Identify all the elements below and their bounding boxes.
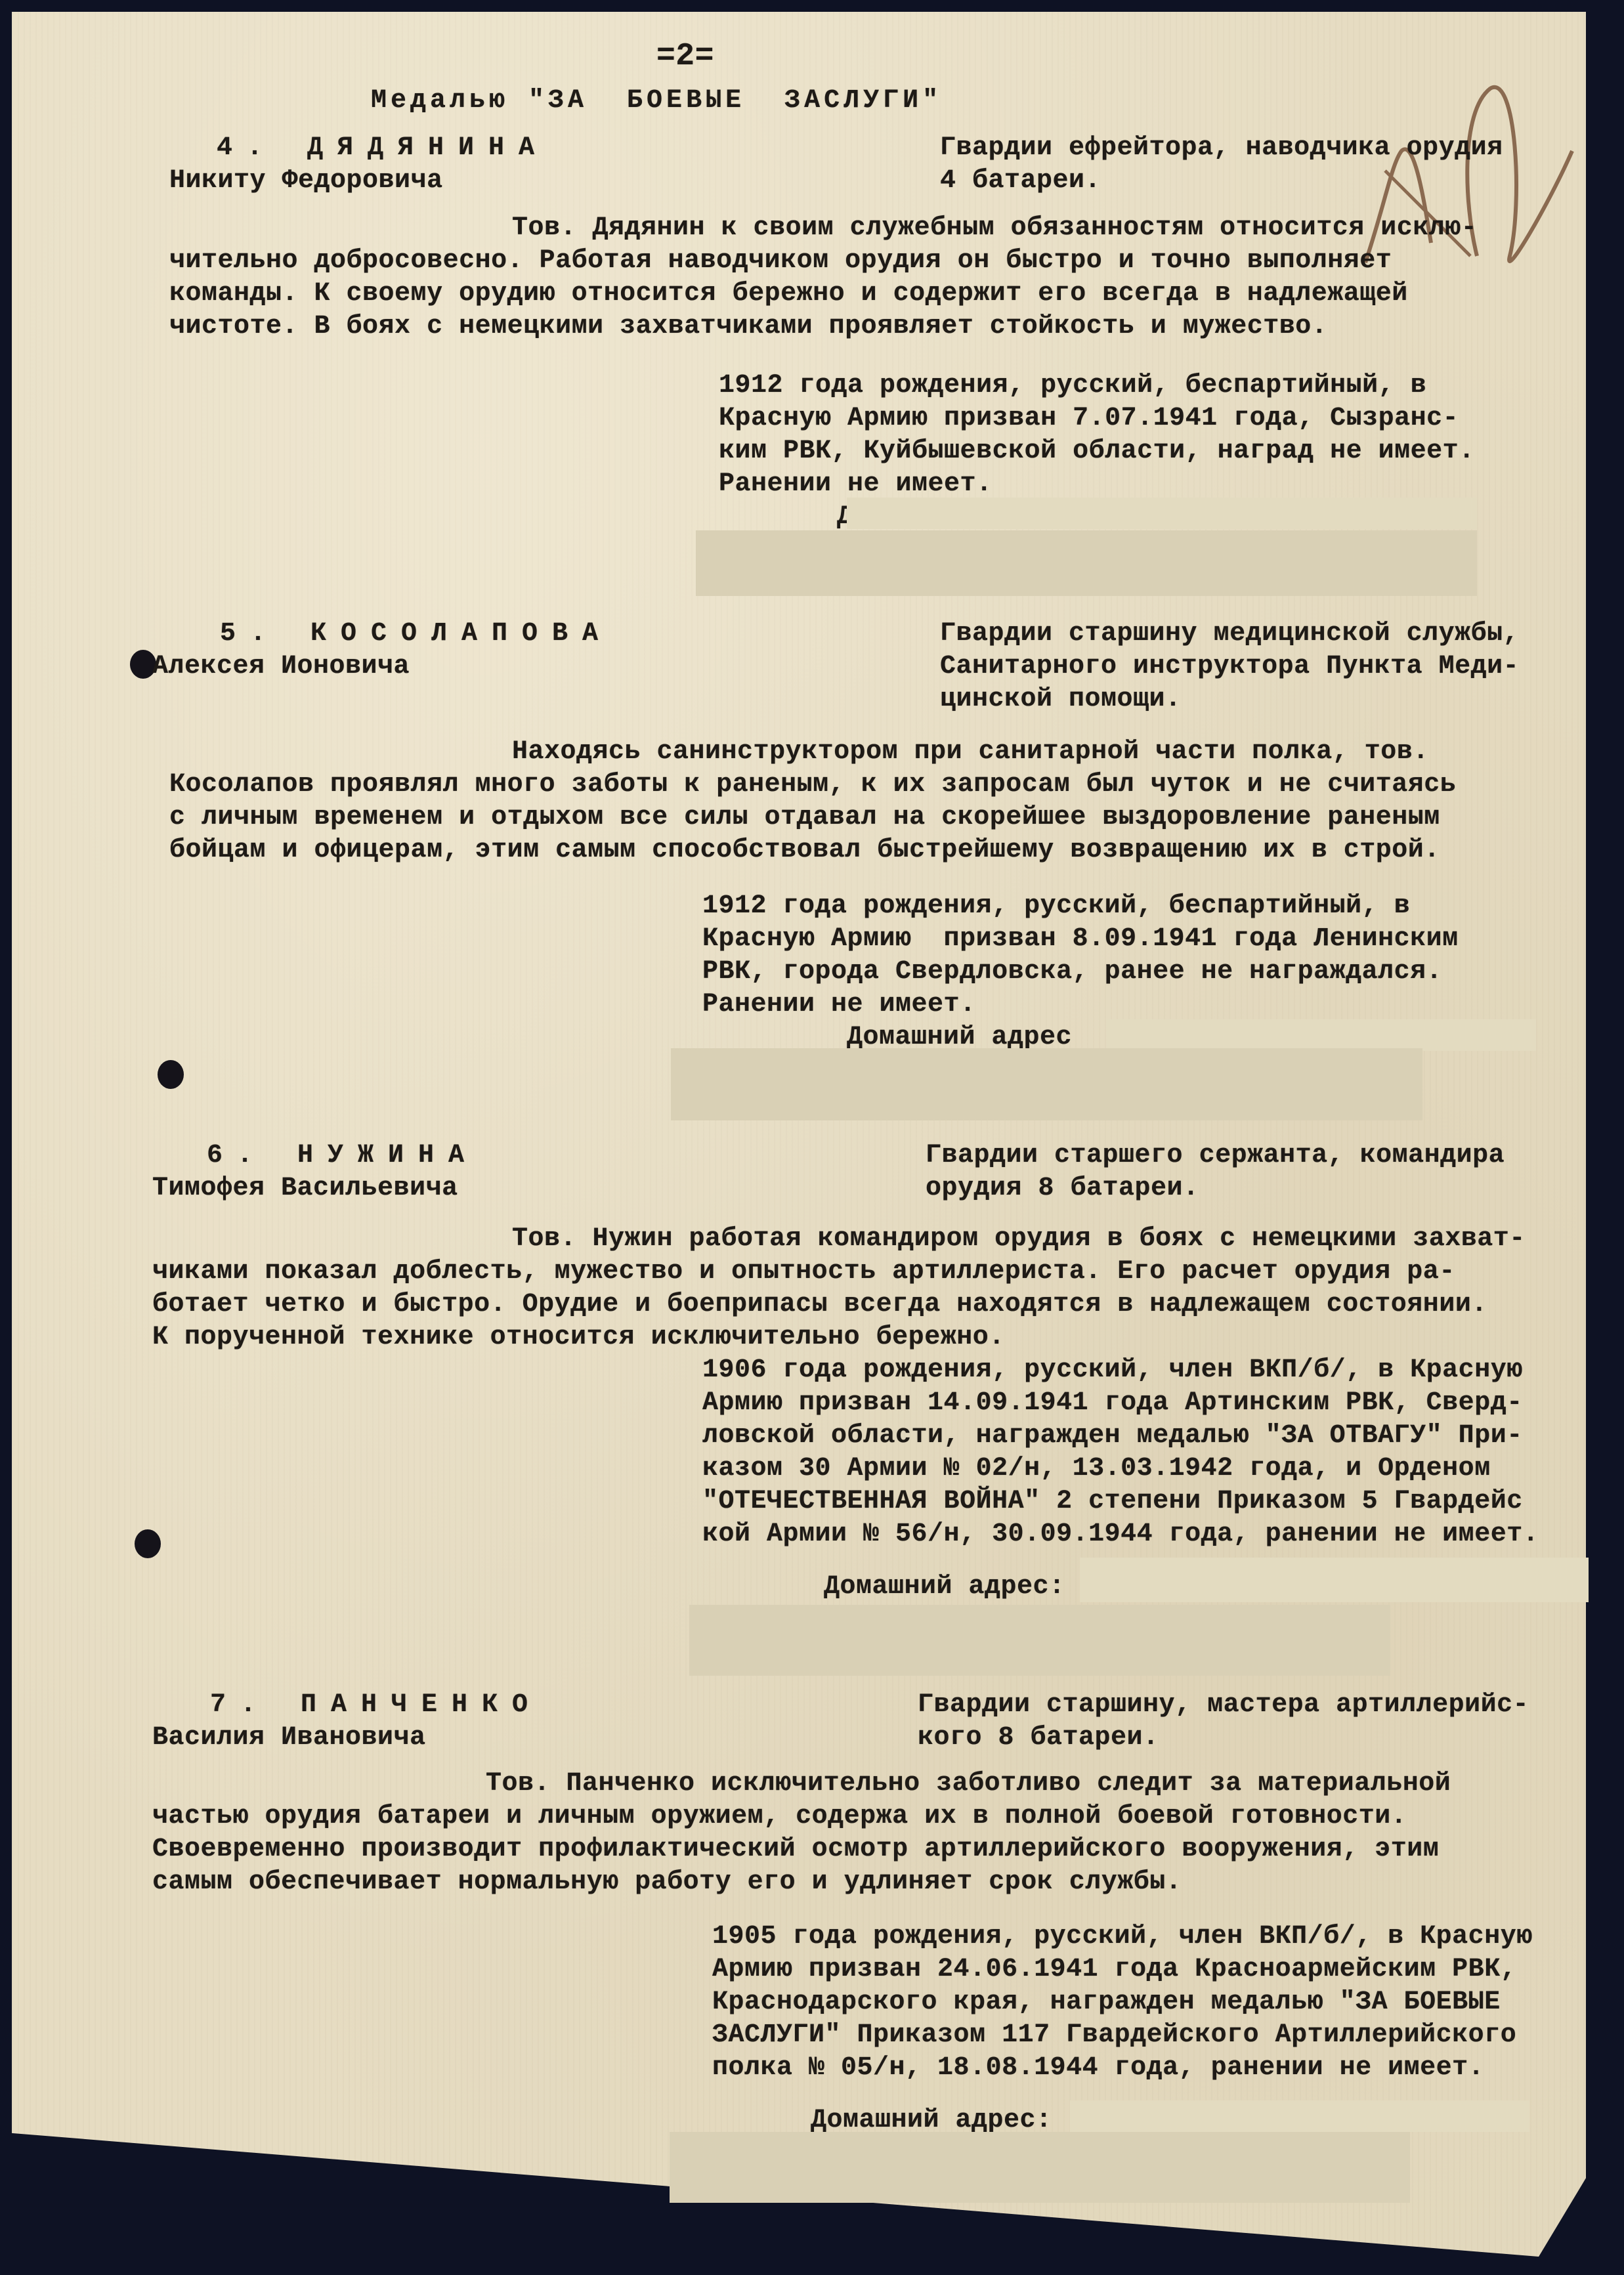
entry-narrative: чительно добросовесно. Работая наводчико… (169, 244, 1392, 278)
entry-narrative: Косолапов проявлял много заботы к ранены… (169, 768, 1456, 802)
entry-narrative: Своевременно производит профилактический… (152, 1833, 1439, 1867)
entry-given-names: Алексея Ионовича (152, 650, 410, 684)
entry-bio: Ранении не имеет. (702, 988, 976, 1022)
entry-bio: Ранении не имеет. (719, 467, 993, 501)
entry-narrative: чистоте. В боях с немецкими захватчиками… (169, 310, 1327, 344)
entry-rank: кого 8 батареи. (918, 1721, 1159, 1755)
entry-narrative: с личным временем и отдыхом все силы отд… (169, 801, 1440, 835)
entry-bio: Красную Армию призван 8.09.1941 года Лен… (702, 922, 1459, 956)
entry-narrative: самым обеспечивает нормальную работу его… (152, 1865, 1182, 1900)
entry-bio: Краснодарского края, награжден медалью "… (712, 1986, 1501, 2020)
entry-bio: 1912 года рождения, русский, беспартийны… (719, 369, 1426, 403)
entry-bio: ЗАСЛУГИ" Приказом 117 Гвардейского Артил… (712, 2018, 1516, 2052)
entry-bio: Красную Армию призван 7.07.1941 года, Сы… (719, 402, 1459, 436)
entry-rank: Гвардии ефрейтора, наводчика орудия (940, 131, 1503, 165)
entry-bio: 1912 года рождения, русский, беспартийны… (702, 889, 1410, 924)
entry-narrative: частью орудия батареи и личным оружием, … (152, 1800, 1407, 1834)
entry-narrative: чиками показал доблесть, мужество и опыт… (152, 1255, 1455, 1289)
ink-stain (135, 1529, 161, 1558)
entry-surname: 4. ДЯДЯНИНА (217, 131, 549, 165)
entry-rank: 4 батареи. (940, 164, 1101, 198)
entry-bio: полка № 05/н, 18.08.1944 года, ранении н… (712, 2051, 1484, 2085)
entry-narrative: Тов. Нужин работая командиром орудия в б… (512, 1222, 1526, 1256)
entry-bio: ловской области, награжден медалью "ЗА О… (702, 1419, 1523, 1453)
entry-surname: 7. ПАНЧЕНКО (210, 1688, 542, 1722)
redacted-address (847, 498, 1477, 529)
entry-bio: РВК, города Свердловска, ранее не награж… (702, 955, 1442, 989)
entry-rank: цинской помощи. (940, 683, 1182, 717)
entry-bio: 1905 года рождения, русский, член ВКП/б/… (712, 1920, 1533, 1954)
ink-stain (158, 1060, 184, 1089)
entry-surname: 6. НУЖИНА (207, 1139, 479, 1173)
entry-rank: Гвардии старшего сержанта, командира (926, 1139, 1505, 1173)
entry-given-names: Никиту Федоровича (169, 164, 443, 198)
redacted-address (1070, 2100, 1529, 2132)
home-address-label: Домашний адрес: (824, 1570, 1065, 1604)
entry-given-names: Василия Ивановича (152, 1721, 426, 1755)
entry-rank: Санитарного инструктора Пункта Меди- (940, 650, 1519, 684)
entry-bio: "ОТЕЧЕСТВЕННАЯ ВОЙНА" 2 степени Приказом… (702, 1485, 1523, 1519)
entry-narrative: Тов. Дядянин к своим служебным обязаннос… (512, 211, 1477, 245)
entry-narrative: К порученной технике относится исключите… (152, 1321, 1005, 1355)
award-heading: Медалью "ЗА БОЕВЫЕ ЗАСЛУГИ" (371, 84, 942, 118)
redacted-address (1106, 1019, 1536, 1051)
redacted-address (696, 530, 1477, 596)
entry-bio: 1906 года рождения, русский, член ВКП/б/… (702, 1353, 1523, 1388)
page-number: =2= (656, 39, 714, 74)
entry-narrative: Находясь санинструктором при санитарной … (512, 735, 1429, 769)
entry-bio: ким РВК, Куйбышевской области, наград не… (719, 435, 1475, 469)
entry-narrative: команды. К своему орудию относится береж… (169, 277, 1408, 311)
entry-bio: кой Армии № 56/н, 30.09.1944 года, ранен… (702, 1518, 1539, 1552)
entry-rank: Гвардии старшину медицинской службы, (940, 617, 1519, 651)
entry-bio: Армию призван 24.06.1941 года Красноарме… (712, 1953, 1516, 1987)
entry-given-names: Тимофея Васильевича (152, 1172, 458, 1206)
entry-bio: казом 30 Армии № 02/н, 13.03.1942 года, … (702, 1452, 1491, 1486)
redacted-address (670, 2132, 1410, 2203)
entry-bio: Армию призван 14.09.1941 года Артинским … (702, 1386, 1523, 1420)
redacted-address (671, 1048, 1422, 1120)
redacted-address (689, 1605, 1390, 1676)
entry-rank: Гвардии старшину, мастера артиллерийс- (918, 1688, 1529, 1722)
entry-rank: орудия 8 батареи. (926, 1172, 1199, 1206)
entry-narrative: бойцам и офицерам, этим самым способство… (169, 834, 1440, 868)
entry-narrative: ботает четко и быстро. Орудие и боеприпа… (152, 1288, 1487, 1322)
entry-surname: 5. КОСОЛАПОВА (220, 617, 612, 651)
redacted-address (1080, 1558, 1589, 1602)
entry-narrative: Тов. Панченко исключительно заботливо сл… (486, 1767, 1451, 1801)
